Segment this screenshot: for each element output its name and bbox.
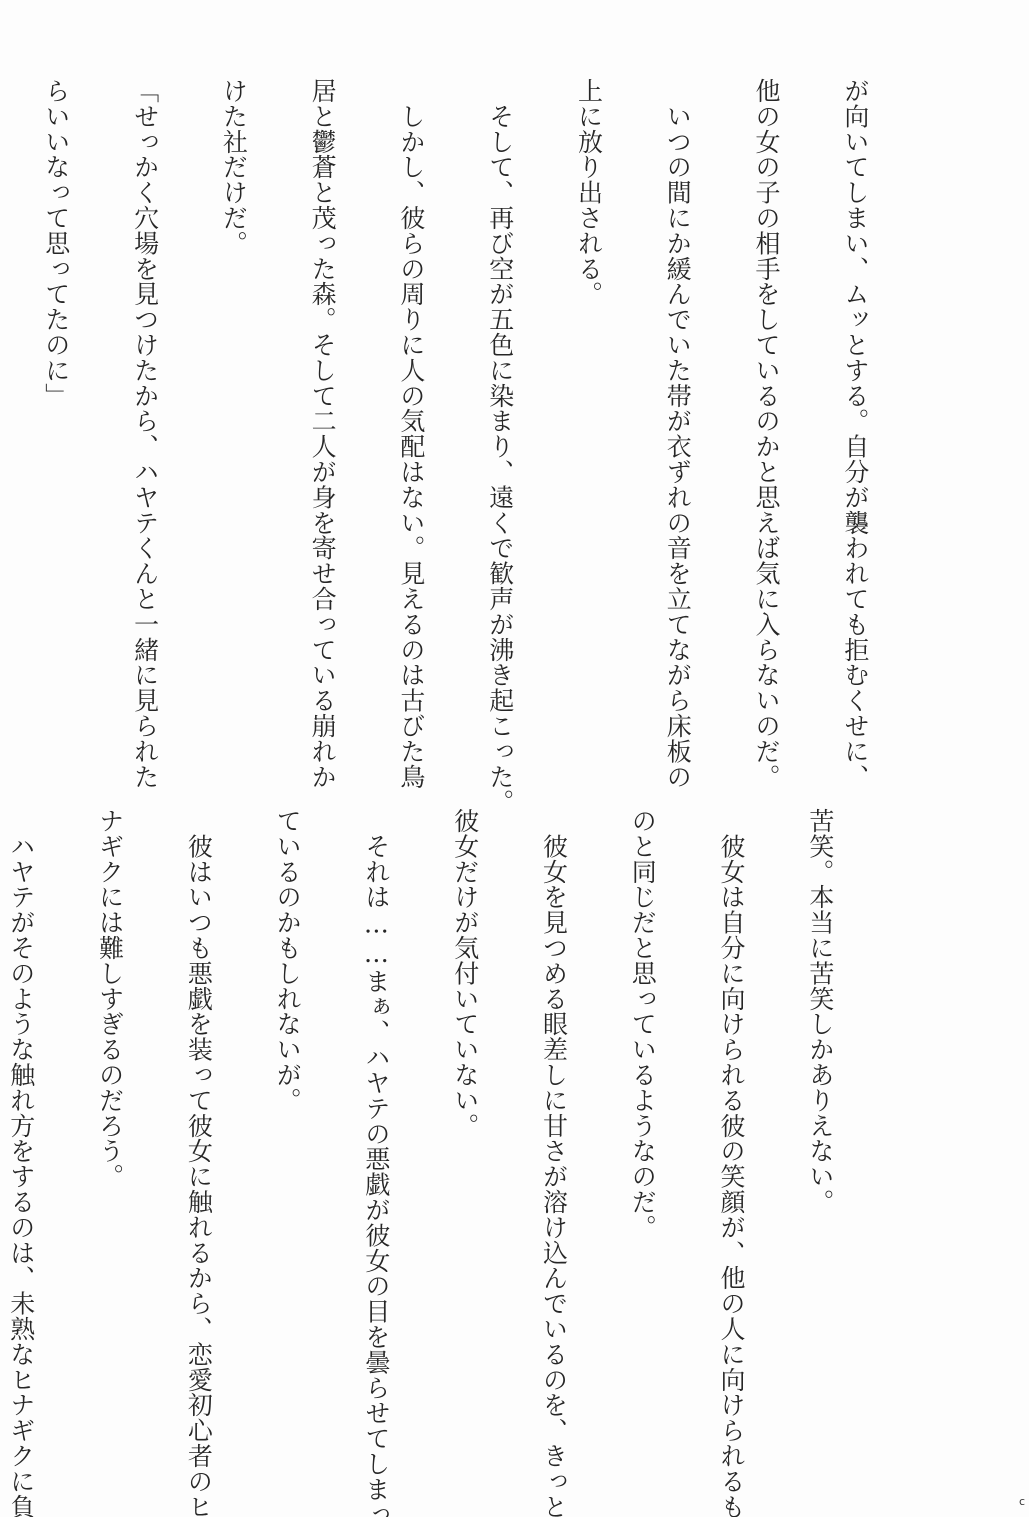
text-column: いつの間にか緩んでいた帯が衣ずれの音を立てながら床板の <box>663 78 693 738</box>
text-column: ているのかもしれないが。 <box>273 808 303 1468</box>
text-column: 彼女だけが気付いていない。 <box>450 808 480 1468</box>
text-column: けた社だけだ。 <box>219 78 249 738</box>
text-column: 「せっかく穴場を見つけたから、ハヤテくんと一緒に見られた <box>130 78 160 738</box>
text-column: それは……まぁ、ハヤテの悪戯が彼女の目を曇らせてしまっ <box>361 808 391 1468</box>
bottom-text-block: 苦笑。本当に苦笑しかありえない。 彼女は自分に向けられる彼の笑顔が、他の人に向け… <box>0 808 894 1468</box>
text-column: らいいなって思ってたのに」 <box>41 78 71 738</box>
text-column: 彼はいつも悪戯を装って彼女に触れるから、恋愛初心者のヒ <box>184 808 214 1468</box>
text-column: のと同じだと思っているようなのだ。 <box>628 808 658 1468</box>
text-column: 彼女は自分に向けられる彼の笑顔が、他の人に向けられるも <box>716 808 746 1468</box>
text-column: ナギクには難しすぎるのだろう。 <box>95 808 125 1468</box>
text-column: 上に放り出される。 <box>574 78 604 738</box>
text-column: 苦笑。本当に苦笑しかありえない。 <box>805 808 835 1468</box>
text-column: 居と鬱蒼と茂った森。そして二人が身を寄せ合っている崩れか <box>308 78 338 738</box>
text-column: そして、再び空が五色に染まり、遠くで歓声が沸き起こった。 <box>485 78 515 738</box>
text-column: が向いてしまい、ムッとする。自分が襲われても拒むくせに、 <box>840 78 870 738</box>
top-text-block: が向いてしまい、ムッとする。自分が襲われても拒むくせに、 他の女の子の相手をして… <box>0 78 929 738</box>
text-column: 他の女の子の相手をしているのかと思えば気に入らないのだ。 <box>751 78 781 738</box>
text-column: ハヤテがそのような触れ方をするのは、未熟なヒナギクに負 <box>6 808 36 1468</box>
page-number-mark: c <box>1019 1495 1025 1508</box>
text-column: 彼女を見つめる眼差しに甘さが溶け込んでいるのを、きっと <box>539 808 569 1468</box>
text-column: しかし、彼らの周りに人の気配はない。見えるのは古びた鳥 <box>396 78 426 738</box>
